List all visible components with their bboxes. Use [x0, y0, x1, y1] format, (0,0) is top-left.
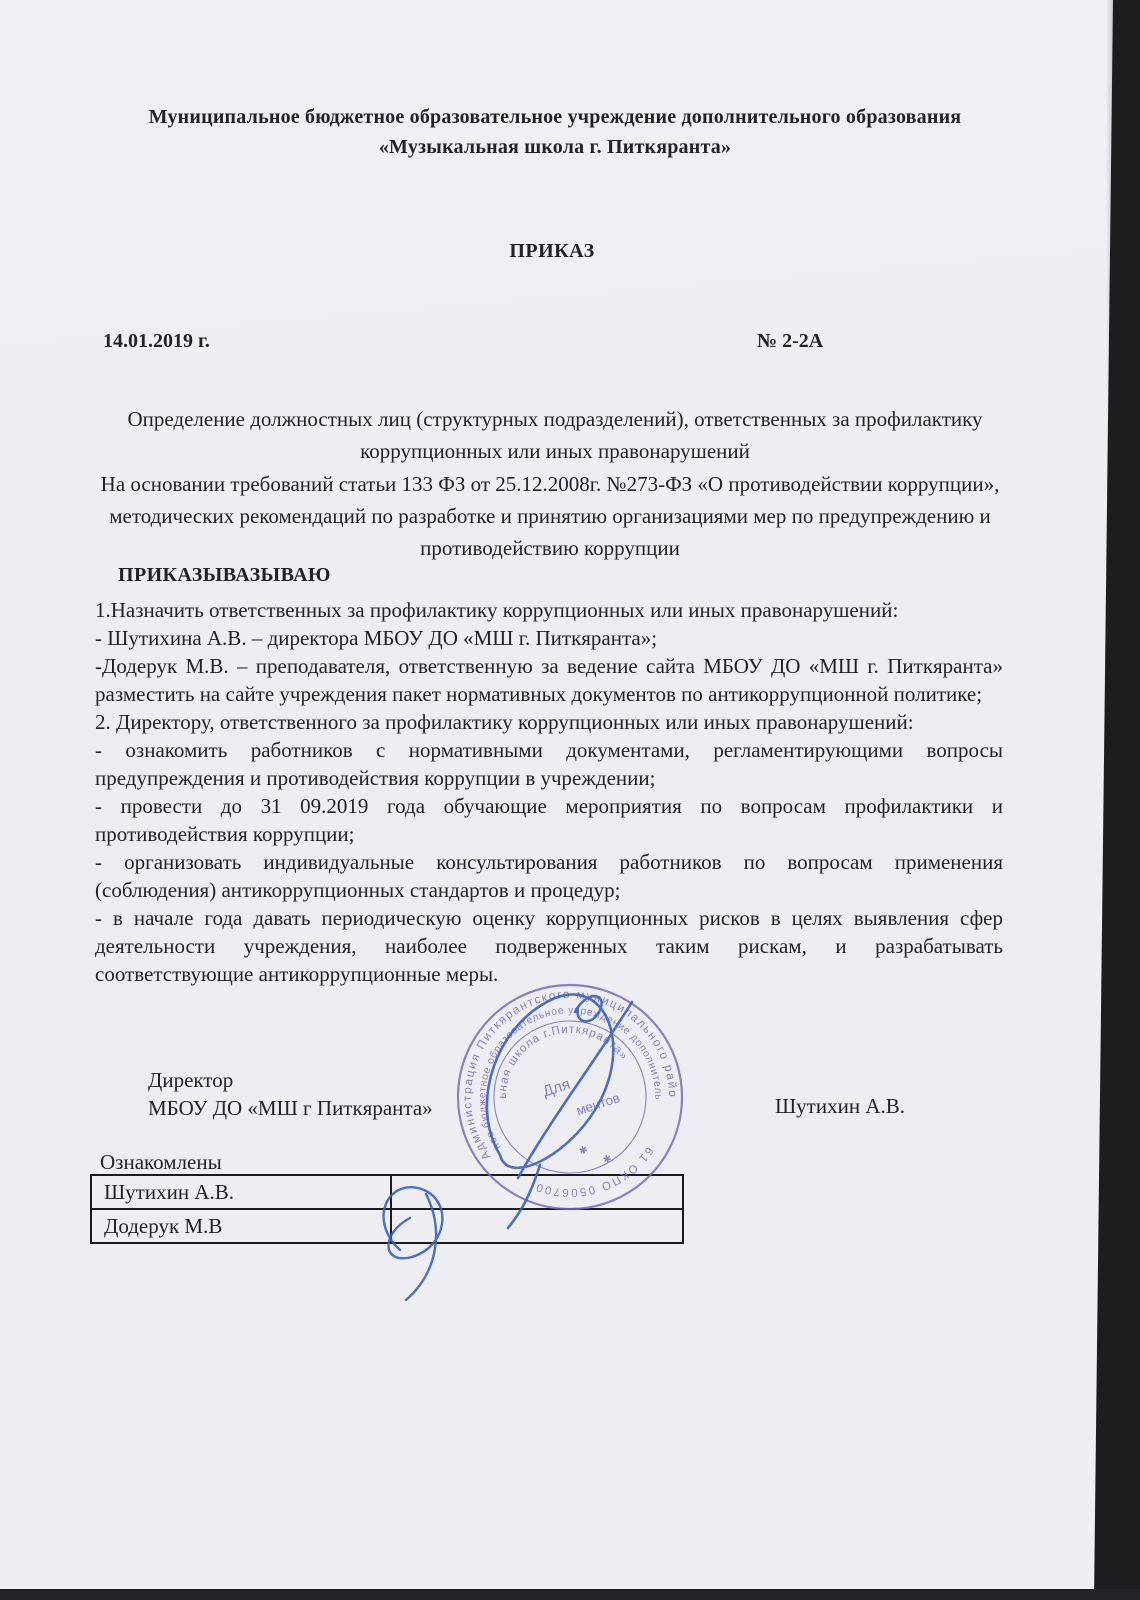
doc-body: 1.Назначить ответственных за профилактик… — [95, 596, 1003, 988]
body-item-1: 1.Назначить ответственных за профилактик… — [95, 596, 1003, 624]
signer-post-line1: Директор — [148, 1066, 433, 1094]
signer-name: Шутихин А.В. — [775, 1094, 905, 1119]
seal-center-text-1: Для — [541, 1076, 573, 1101]
acknowledged-label: Ознакомлены — [100, 1150, 222, 1175]
seal-center-text-2: ментов — [574, 1090, 621, 1118]
body-item-2: 2. Директору, ответственного за профилак… — [95, 708, 1003, 736]
body-item-2d: - в начале года давать периодическую оце… — [95, 904, 1003, 988]
signer-post: Директор МБОУ ДО «МШ г Питкяранта» — [148, 1066, 433, 1122]
ack-sign-cell — [391, 1175, 683, 1209]
seal-ring-text-1: Администрация Питкярантского муниципальн… — [431, 958, 685, 1164]
doc-title: ПРИКАЗ — [0, 240, 1104, 263]
org-name-line1: Муниципальное бюджетное образовательное … — [60, 102, 1050, 132]
org-name-line2: «Музыкальная школа г. Питкяранта» — [60, 132, 1050, 162]
seal-ring-text-2: ное бюджетное образовательное учреждение… — [452, 981, 668, 1157]
body-item-2b: - провести до 31 09.2019 года обучающие … — [95, 792, 1003, 848]
body-item-1b: -Додерук М.В. – преподавателя, ответстве… — [95, 652, 1003, 708]
ack-name-cell: Додерук М.В — [91, 1209, 391, 1243]
table-row: Додерук М.В — [91, 1209, 683, 1243]
doc-basis: На основании требований статьи 133 ФЗ от… — [88, 468, 1012, 564]
seal-star-2: ✱ — [602, 1153, 613, 1166]
signer-post-line2: МБОУ ДО «МШ г Питкяранта» — [148, 1094, 433, 1122]
doc-date: 14.01.2019 г. — [103, 330, 210, 353]
acknowledged-table: Шутихин А.В. Додерук М.В — [90, 1174, 684, 1244]
body-item-2c: - организовать индивидуальные консультир… — [95, 848, 1003, 904]
stamp-and-ink-overlay: Администрация Питкярантского муниципальн… — [350, 950, 730, 1320]
seal-ring-text-3: ьная школа г.Питкяранта» — [479, 1004, 632, 1102]
scan-edge-bottom — [0, 1589, 1140, 1600]
org-header: Муниципальное бюджетное образовательное … — [60, 102, 1050, 162]
doc-number: № 2-2А — [757, 330, 823, 353]
seal-inner-ring — [474, 1001, 666, 1193]
order-word: ПРИКАЗЫВАЗЫВАЮ — [118, 564, 331, 587]
ack-name-cell: Шутихин А.В. — [91, 1175, 391, 1209]
seal-star-1: ✱ — [578, 1144, 589, 1157]
doc-subject: Определение должностных лиц (структурных… — [110, 403, 1000, 467]
table-row: Шутихин А.В. — [91, 1175, 683, 1209]
body-item-2a: - ознакомить работников с нормативными д… — [95, 736, 1003, 792]
body-item-1a: - Шутихина А.В. – директора МБОУ ДО «МШ … — [95, 624, 1003, 652]
ack-sign-cell — [391, 1209, 683, 1243]
scanned-document-page: Муниципальное бюджетное образовательное … — [0, 0, 1140, 1600]
